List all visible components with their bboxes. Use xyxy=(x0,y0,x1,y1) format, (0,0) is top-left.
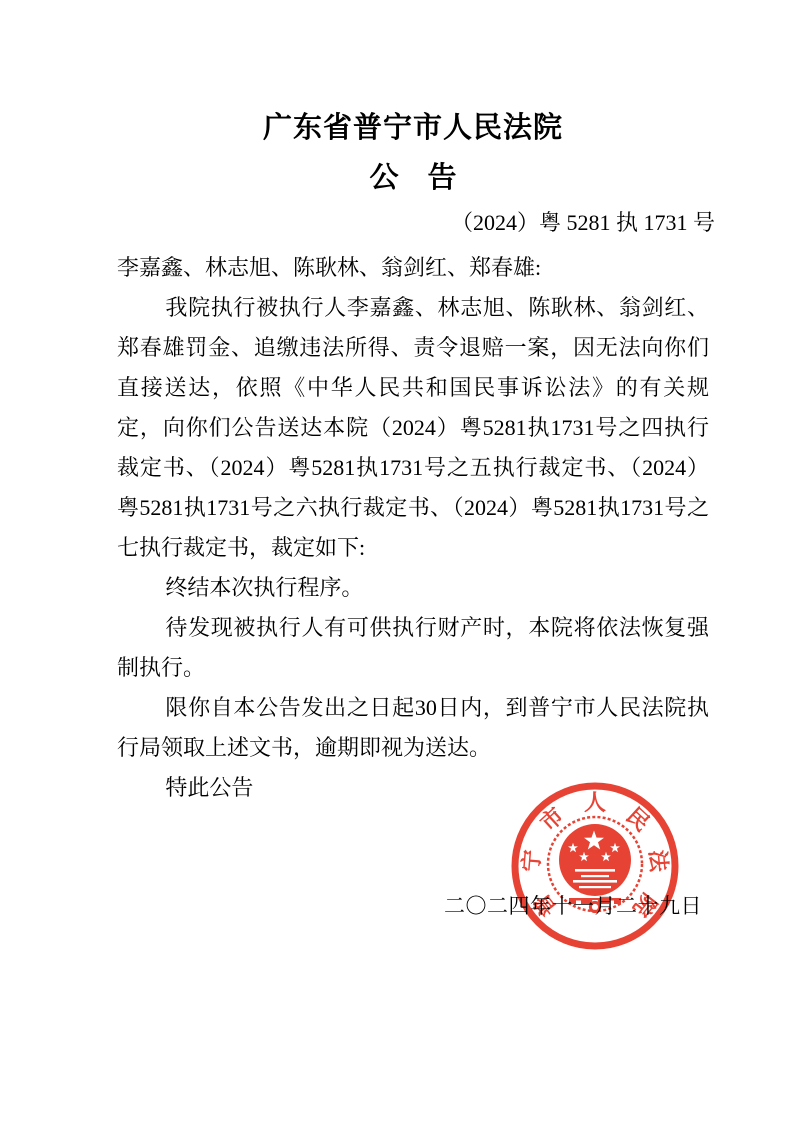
court-name-title: 广东省普宁市人民法院 xyxy=(117,106,709,150)
svg-text:人: 人 xyxy=(584,790,606,815)
svg-text:法: 法 xyxy=(645,849,672,874)
case-number: （2024）粤 5281 执 1731 号 xyxy=(117,208,715,238)
paragraph-case-description: 我院执行被执行人李嘉鑫、林志旭、陈耿林、翁剑红、郑春雄罚金、追缴违法所得、责令退… xyxy=(117,288,709,568)
document-content: 广东省普宁市人民法院 公 告 （2024）粤 5281 执 1731 号 李嘉鑫… xyxy=(0,0,793,808)
paragraph-deadline: 限你自本公告发出之日起30日内，到普宁市人民法院执行局领取上述文书，逾期即视为送… xyxy=(117,688,709,768)
paragraph-resume-enforcement: 待发现被执行人有可供执行财产时，本院将依法恢复强制执行。 xyxy=(117,608,709,688)
svg-text:宁: 宁 xyxy=(518,849,545,873)
official-seal: 普宁市人民法院 xyxy=(508,779,682,953)
national-emblem-icon xyxy=(548,817,642,912)
addressee-line: 李嘉鑫、林志旭、陈耿林、翁剑红、郑春雄: xyxy=(117,248,709,288)
court-announcement-page: 广东省普宁市人民法院 公 告 （2024）粤 5281 执 1731 号 李嘉鑫… xyxy=(0,0,793,1122)
paragraph-ruling: 终结本次执行程序。 xyxy=(117,568,709,608)
document-type-title: 公 告 xyxy=(117,156,709,200)
